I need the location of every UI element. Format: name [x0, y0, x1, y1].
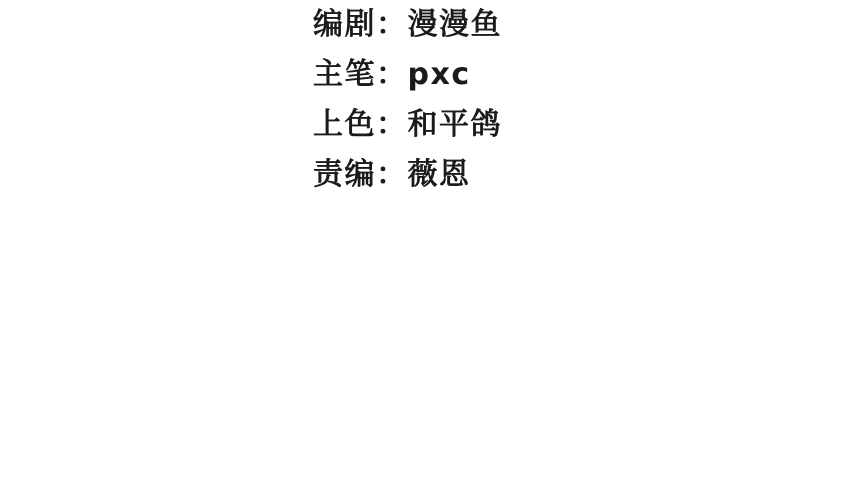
credits-block: 编剧：漫漫鱼 主笔：pxc 上色：和平鸽 责编：薇恩	[313, 0, 502, 200]
credit-person-name: pxc	[408, 57, 471, 92]
credit-line-colorist: 上色：和平鸽	[313, 100, 502, 150]
credit-role-label: 编剧：	[313, 7, 408, 42]
credit-line-screenwriter: 编剧：漫漫鱼	[313, 0, 502, 50]
credit-person-name: 漫漫鱼	[408, 7, 503, 42]
credit-role-label: 主笔：	[313, 57, 408, 92]
credit-line-editor: 责编：薇恩	[313, 150, 502, 200]
credit-role-label: 责编：	[313, 157, 408, 192]
credit-person-name: 薇恩	[408, 157, 471, 192]
comic-page: 编剧：漫漫鱼 主笔：pxc 上色：和平鸽 责编：薇恩	[0, 0, 850, 489]
credit-role-label: 上色：	[313, 107, 408, 142]
credit-line-lead-artist: 主笔：pxc	[313, 50, 502, 100]
credit-person-name: 和平鸽	[408, 107, 503, 142]
